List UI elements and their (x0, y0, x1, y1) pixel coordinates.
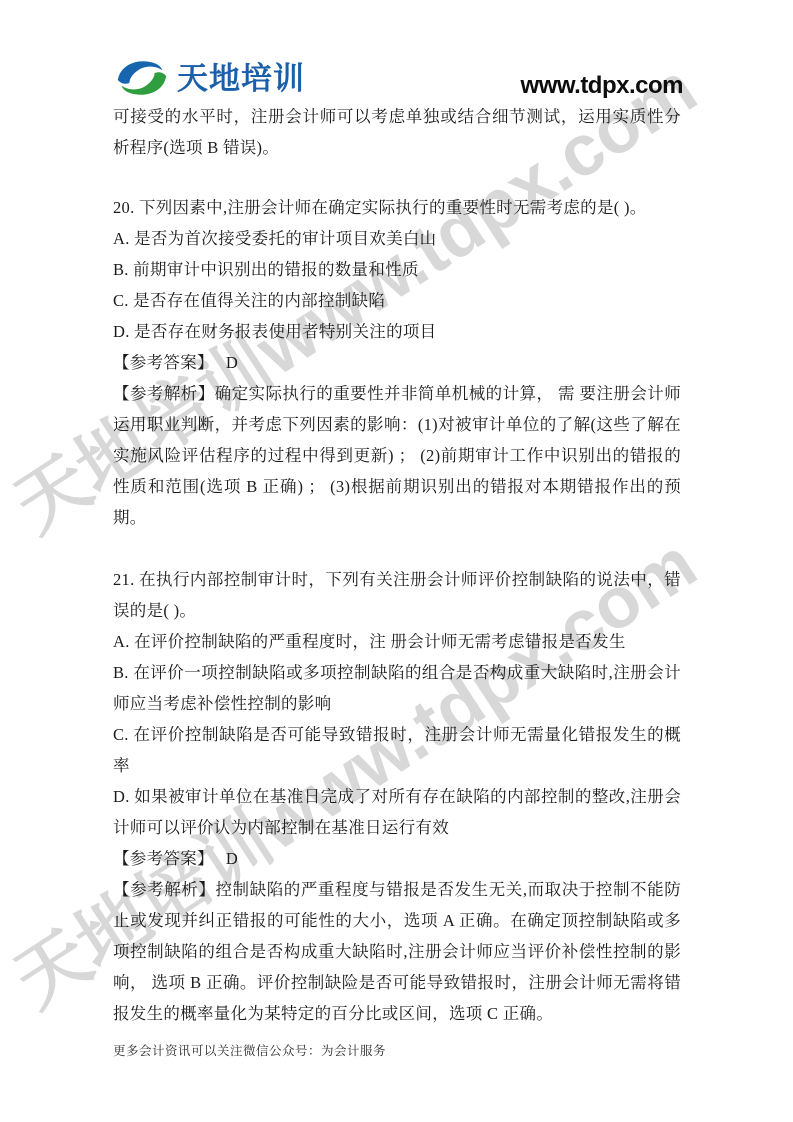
question-20-analysis: 【参考解析】确定实际执行的重要性并非简单机械的计算， 需 要注册会计师运用职业判… (113, 378, 681, 533)
question-20-option-c: C. 是否存在值得关注的内部控制缺陷 (113, 285, 681, 316)
question-21-stem: 21. 在执行内部控制审计时，下列有关注册会计师评价控制缺陷的说法中，错误的是(… (113, 564, 681, 626)
footer-note: 更多会计资讯可以关注微信公众号：为会计服务 (113, 1044, 386, 1058)
question-21: 21. 在执行内部控制审计时，下列有关注册会计师评价控制缺陷的说法中，错误的是(… (113, 564, 681, 1029)
document-page: 天地培训www.tdpx.com 天地培训www.tdpx.com 天地培训 w… (0, 0, 793, 1122)
question-21-option-c: C. 在评价控制缺陷是否可能导致错报时，注册会计师无需量化错报发生的概率 (113, 719, 681, 781)
page-footer: 更多会计资讯可以关注微信公众号：为会计服务 (113, 1041, 386, 1059)
question-20-option-a: A. 是否为首次接受委托的审计项目欢美白山 (113, 223, 681, 254)
brand-name: 天地培训 (177, 63, 305, 94)
question-20-option-b: B. 前期审计中识别出的错报的数量和性质 (113, 254, 681, 285)
question-20-answer-line: 【参考答案】D (113, 347, 681, 378)
intro-paragraph: 可接受的水平时，注册会计师可以考虑单独或结合细节测试，运用实质性分析程序(选项 … (113, 101, 681, 163)
question-20: 20. 下列因素中,注册会计师在确定实际执行的重要性时无需考虑的是( )。 A.… (113, 192, 681, 533)
answer-label: 【参考答案】 (113, 353, 214, 372)
question-21-option-d: D. 如果被审计单位在基准日完成了对所有存在缺陷的内部控制的整改,注册会计师可以… (113, 781, 681, 843)
swirl-logo-icon (113, 56, 171, 100)
question-20-stem: 20. 下列因素中,注册会计师在确定实际执行的重要性时无需考虑的是( )。 (113, 192, 681, 223)
question-21-option-b: B. 在评价一项控制缺陷或多项控制缺陷的组合是否构成重大缺陷时,注册会计师应当考… (113, 657, 681, 719)
answer-label: 【参考答案】 (113, 849, 214, 868)
question-20-option-d: D. 是否存在财务报表使用者特别关注的项目 (113, 316, 681, 347)
answer-value: D (226, 849, 238, 868)
page-content: 可接受的水平时，注册会计师可以考虑单独或结合细节测试，运用实质性分析程序(选项 … (113, 101, 681, 1029)
question-21-option-a: A. 在评价控制缺陷的严重程度时，注 册会计师无需考虑错报是否发生 (113, 626, 681, 657)
answer-value: D (226, 353, 238, 372)
question-21-answer-line: 【参考答案】D (113, 843, 681, 874)
page-header: 天地培训 www.tdpx.com (113, 50, 683, 100)
question-21-analysis: 【参考解析】控制缺陷的严重程度与错报是否发生无关,而取决于控制不能防止或发现并纠… (113, 874, 681, 1029)
site-url: www.tdpx.com (521, 74, 683, 100)
brand-logo: 天地培训 (113, 56, 305, 100)
